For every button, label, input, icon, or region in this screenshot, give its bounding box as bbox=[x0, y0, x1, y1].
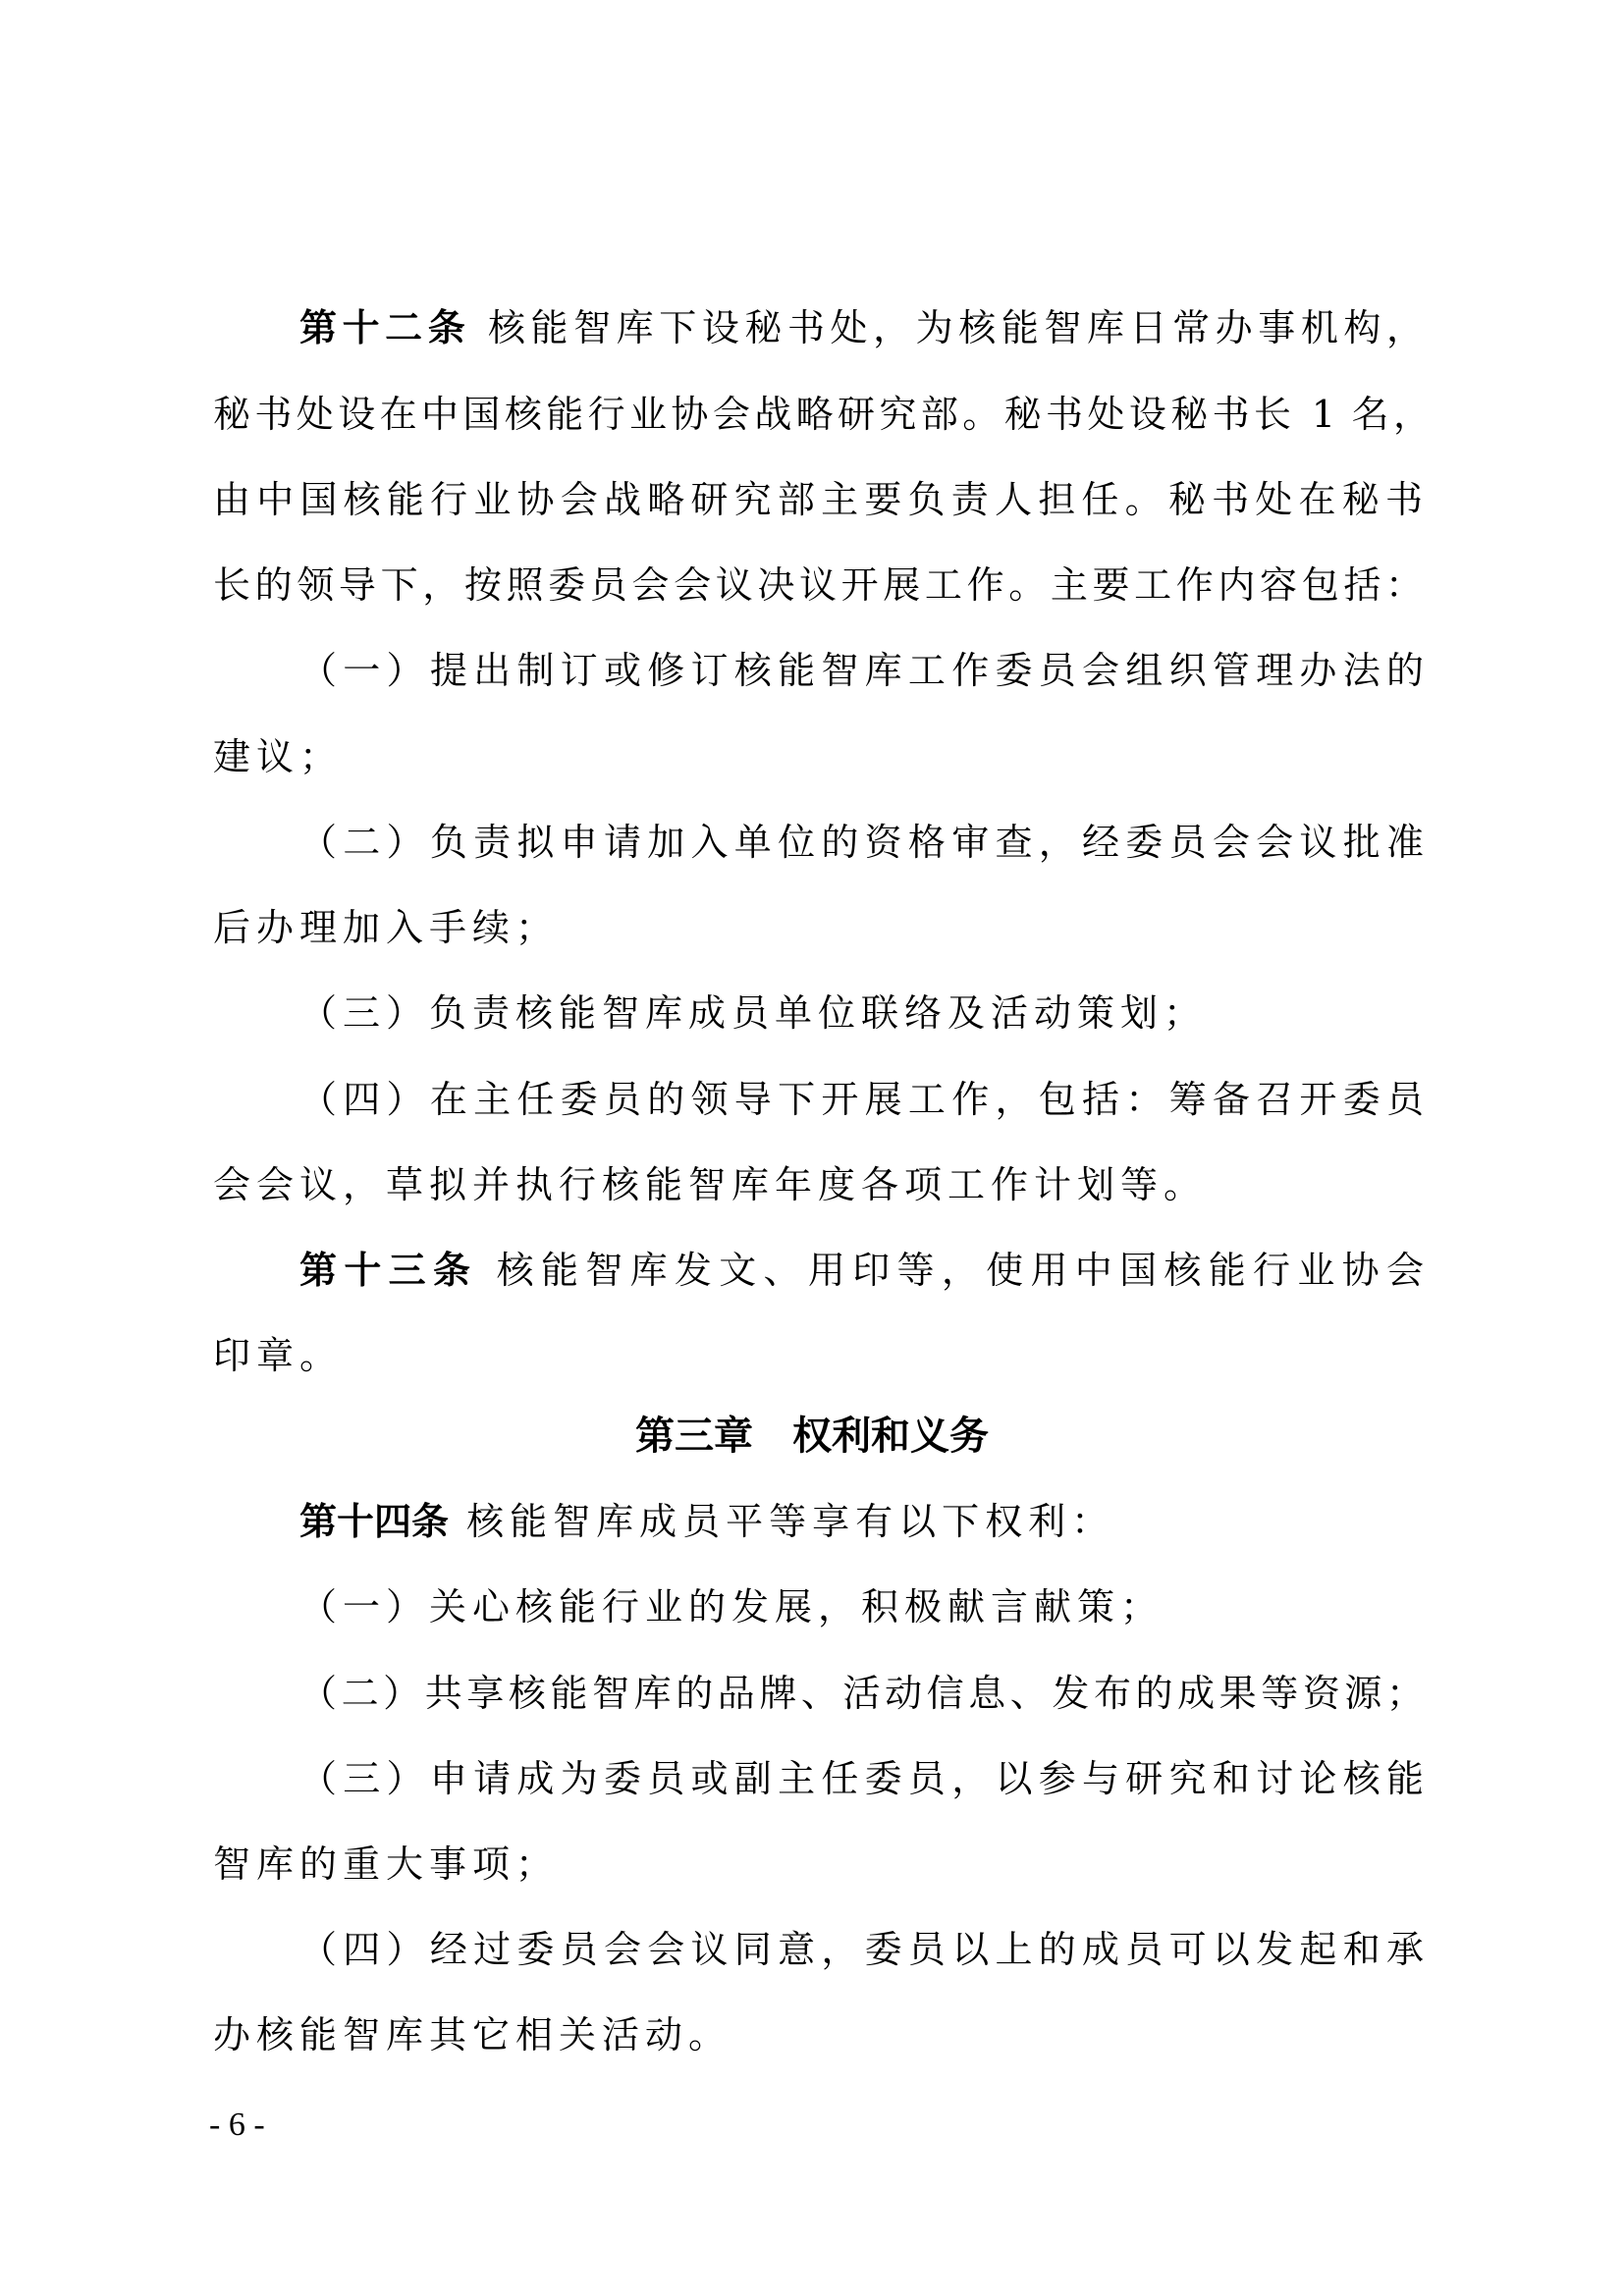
article-14-label: 第十四条 bbox=[299, 1500, 449, 1543]
article-12-line-3: 由中国核能行业协会战略研究部主要负责人担任。秘书处在秘书 bbox=[213, 470, 1423, 529]
article-12-item-4-cont: 会会议，草拟并执行核能智库年度各项工作计划等。 bbox=[213, 1155, 1207, 1214]
article-12-label: 第十二条 bbox=[299, 306, 470, 349]
article-12-intro: 核能智库下设秘书处，为核能智库日常办事机构， bbox=[488, 306, 1424, 349]
article-12-item-1: （一）提出制订或修订核能智库工作委员会组织管理办法的 bbox=[299, 641, 1424, 700]
article-14-item-3-cont: 智库的重大事项； bbox=[213, 1835, 559, 1894]
article-12-line-4: 长的领导下，按照委员会会议决议开展工作。主要工作内容包括： bbox=[213, 556, 1423, 614]
article-14-intro: 核能智库成员平等享有以下权利： bbox=[466, 1500, 1114, 1543]
article-13-intro: 核能智库发文、用印等，使用中国核能行业协会 bbox=[497, 1249, 1424, 1292]
article-12-item-2: （二）负责拟申请加入单位的资格审查，经委员会会议批准 bbox=[299, 813, 1424, 872]
article-14-first-line: 第十四条 核能智库成员平等享有以下权利： bbox=[299, 1492, 1114, 1551]
article-12-item-1-cont: 建议； bbox=[213, 727, 343, 786]
article-12-line-2: 秘书处设在中国核能行业协会战略研究部。秘书处设秘书长 1 名， bbox=[213, 385, 1431, 444]
article-12-item-2-cont: 后办理加入手续； bbox=[213, 898, 559, 957]
document-page: 第十二条 核能智库下设秘书处，为核能智库日常办事机构， 秘书处设在中国核能行业协… bbox=[0, 0, 1624, 2296]
article-12-item-4: （四）在主任委员的领导下开展工作，包括：筹备召开委员 bbox=[299, 1070, 1424, 1129]
article-14-item-4-cont: 办核能智库其它相关活动。 bbox=[213, 2005, 731, 2064]
article-14-item-4: （四）经过委员会会议同意，委员以上的成员可以发起和承 bbox=[299, 1920, 1424, 1979]
article-13-cont: 印章。 bbox=[213, 1326, 343, 1385]
page-number: - 6 - bbox=[209, 2106, 265, 2145]
article-13-first-line: 第十三条 核能智库发文、用印等，使用中国核能行业协会 bbox=[299, 1241, 1424, 1300]
article-14-item-2: （二）共享核能智库的品牌、活动信息、发布的成果等资源； bbox=[299, 1664, 1424, 1723]
chapter-heading: 第三章 权利和义务 bbox=[0, 1407, 1624, 1466]
article-12-first-line: 第十二条 核能智库下设秘书处，为核能智库日常办事机构， bbox=[299, 298, 1424, 357]
article-12-item-3: （三）负责核能智库成员单位联络及活动策划； bbox=[299, 984, 1207, 1042]
article-14-item-3: （三）申请成为委员或副主任委员，以参与研究和讨论核能 bbox=[299, 1749, 1424, 1808]
article-14-item-1: （一）关心核能行业的发展，积极献言献策； bbox=[299, 1577, 1164, 1636]
article-13-label: 第十三条 bbox=[299, 1249, 477, 1292]
